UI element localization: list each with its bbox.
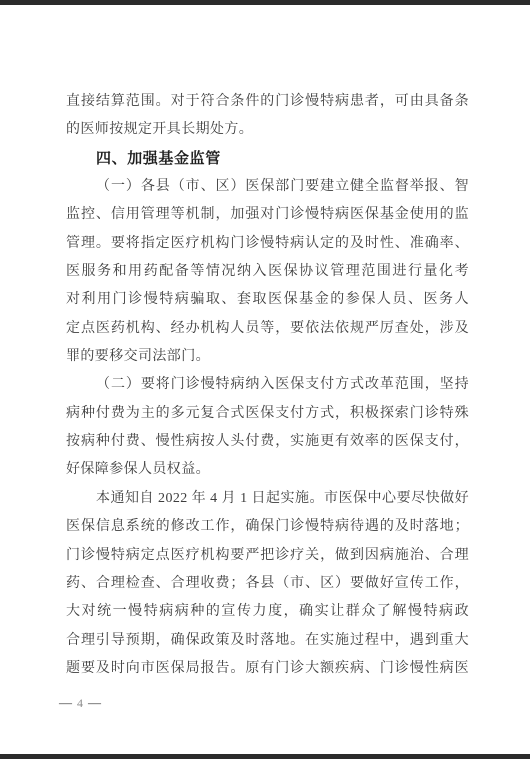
doc-line: 监控、信用管理等机制，加强对门诊慢特病医保基金使用的监督 <box>66 201 469 229</box>
doc-line: 对利用门诊慢特病骗取、套取医保基金的参保人员、医务人员、 <box>66 286 469 314</box>
doc-line: （一）各县（市、区）医保部门要建立健全监督举报、智能 <box>66 173 469 201</box>
doc-line: 的医师按规定开具长期处方。 <box>66 116 469 144</box>
doc-line: 管理。要将指定医疗机构门诊慢特病认定的及时性、准确率、就 <box>66 230 469 258</box>
section-heading: 四、加强基金监管 <box>66 145 469 173</box>
page-number-dash-left: — <box>59 695 72 710</box>
doc-line: 题要及时向市医保局报告。原有门诊大额疾病、门诊慢性病医保 <box>66 655 469 683</box>
doc-line: 定点医药机构、经办机构人员等，要依法依规严厉查处，涉及犯 <box>66 315 469 343</box>
viewer-bottom-edge <box>0 754 530 759</box>
document-page: 直接结算范围。对于符合条件的门诊慢特病患者，可由具备条件 的医师按规定开具长期处… <box>0 0 530 761</box>
doc-line: 合理引导预期，确保政策及时落地。在实施过程中，遇到重大问 <box>66 627 469 655</box>
doc-line: 病种付费为主的多元复合式医保支付方式，积极探索门诊特殊病 <box>66 400 469 428</box>
doc-line: 按病种付费、慢性病按人头付费，实施更有效率的医保支付，更 <box>66 428 469 456</box>
page-number: —4— <box>59 693 101 713</box>
viewer-top-edge <box>0 0 530 5</box>
doc-line: 直接结算范围。对于符合条件的门诊慢特病患者，可由具备条件 <box>66 88 469 116</box>
doc-line: 医保信息系统的修改工作，确保门诊慢特病待遇的及时落地；各 <box>66 513 469 541</box>
page-number-value: 4 <box>72 696 88 710</box>
doc-line: （二）要将门诊慢特病纳入医保支付方式改革范围，坚持以 <box>66 371 469 399</box>
page-number-dash-right: — <box>88 695 101 710</box>
doc-line: 大对统一慢特病病种的宣传力度，确实让群众了解慢特病政策， <box>66 598 469 626</box>
doc-line: 药、合理检查、合理收费；各县（市、区）要做好宣传工作，加 <box>66 570 469 598</box>
doc-line: 罪的要移交司法部门。 <box>66 343 469 371</box>
doc-line: 门诊慢特病定点医疗机构要严把诊疗关，做到因病施治、合理用 <box>66 542 469 570</box>
doc-line: 医服务和用药配备等情况纳入医保协议管理范围进行量化考核。 <box>66 258 469 286</box>
document-body: 直接结算范围。对于符合条件的门诊慢特病患者，可由具备条件 的医师按规定开具长期处… <box>66 88 469 683</box>
doc-line: 好保障参保人员权益。 <box>66 456 469 484</box>
doc-line: 本通知自 2022 年 4 月 1 日起实施。市医保中心要尽快做好 <box>66 485 469 513</box>
